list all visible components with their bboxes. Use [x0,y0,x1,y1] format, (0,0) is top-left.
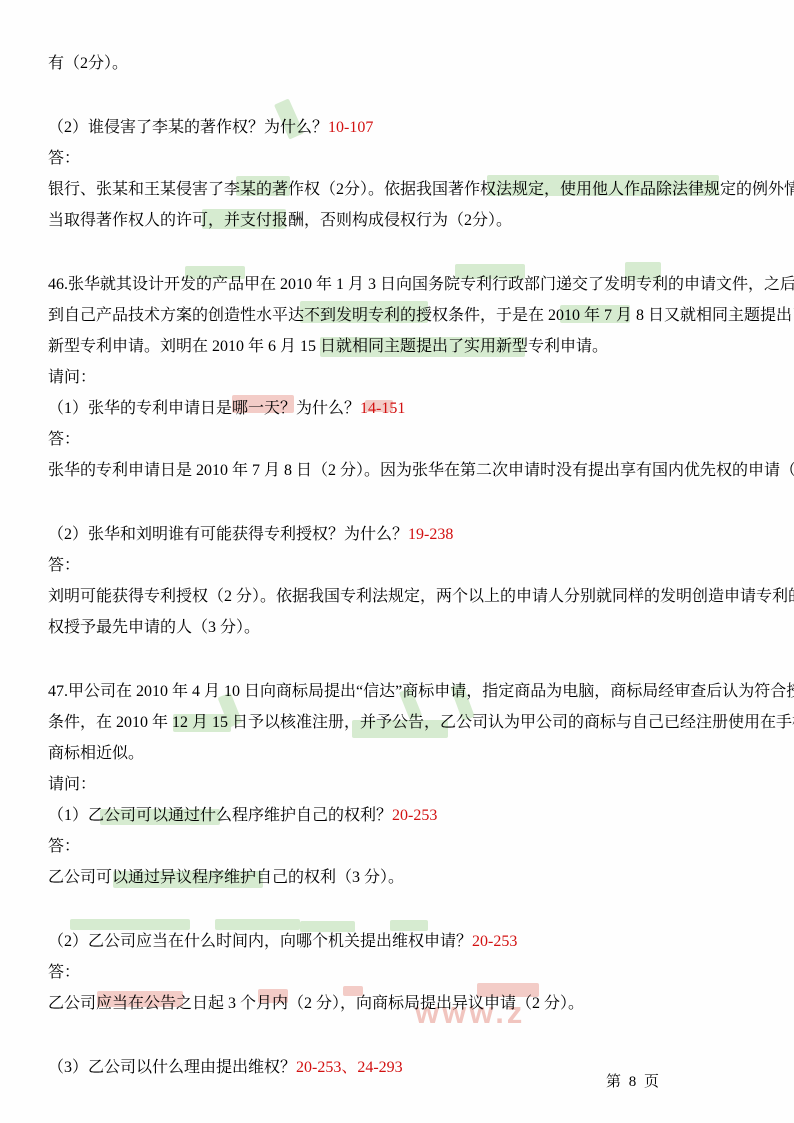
text-segment: （2）张华和刘明谁有可能获得专利授权？为什么？ [48,526,408,543]
text-segment: 乙公司应当在公告之日起 3 个月内（2 分），向商标局提出异议申请（2 分）。 [48,995,584,1012]
text-segment: 答： [48,431,80,448]
text-segment: 请问： [48,776,96,793]
text-segment: 47.甲公司在 2010 年 4 月 10 日向商标局提出“信达”商标申请，指定… [48,683,794,700]
text-line: 答： [48,957,747,988]
text-segment: 当取得著作权人的许可，并支付报酬，否则构成侵权行为（2分）。 [48,212,512,229]
page-number: 第 8 页 [606,1070,661,1091]
text-segment: 请问： [48,369,96,386]
text-segment: 条件，在 2010 年 12 月 15 日予以核准注册，并予公告，乙公司认为甲公… [48,714,794,731]
text-line: 权授予最先申请的人（3 分）。 [48,612,747,643]
text-segment: （2）谁侵害了李某的著作权？为什么？ [48,119,328,136]
reference-code: 14-151 [360,400,405,417]
text-segment: 答： [48,557,80,574]
text-line: 条件，在 2010 年 12 月 15 日予以核准注册，并予公告，乙公司认为甲公… [48,707,747,738]
text-segment: （3）乙公司以什么理由提出维权？ [48,1059,296,1076]
text-segment: 权授予最先申请的人（3 分）。 [48,619,260,636]
text-line: 刘明可能获得专利授权（2 分）。依据我国专利法规定，两个以上的申请人分别就同样的… [48,581,747,612]
text-line: 请问： [48,362,747,393]
text-segment: （2）乙公司应当在什么时间内，向哪个机关提出维权申请？ [48,933,472,950]
text-line: （2）乙公司应当在什么时间内，向哪个机关提出维权申请？20-253 [48,926,747,957]
reference-code: 19-238 [408,526,453,543]
text-line: 请问： [48,769,747,800]
text-line: 新型专利申请。刘明在 2010 年 6 月 15 日就相同主题提出了实用新型专利… [48,331,747,362]
text-line: （2）张华和刘明谁有可能获得专利授权？为什么？19-238 [48,519,747,550]
text-line: 答： [48,424,747,455]
text-line: 当取得著作权人的许可，并支付报酬，否则构成侵权行为（2分）。 [48,205,747,236]
reference-code: 20-253 [392,807,437,824]
text-line: 答： [48,831,747,862]
text-line: 有（2分）。 [48,48,747,79]
text-line: （2）谁侵害了李某的著作权？为什么？10-107 [48,112,747,143]
text-line: （1）乙公司可以通过什么程序维护自己的权利？20-253 [48,800,747,831]
text-segment: （1）张华的专利申请日是哪一天？为什么？ [48,400,360,417]
reference-code: 10-107 [328,119,373,136]
text-segment: 刘明可能获得专利授权（2 分）。依据我国专利法规定，两个以上的申请人分别就同样的… [48,588,794,605]
text-segment: （1）乙公司可以通过什么程序维护自己的权利？ [48,807,392,824]
text-segment: 46.张华就其设计开发的产品甲在 2010 年 1 月 3 日向国务院专利行政部… [48,276,794,293]
text-segment: 答： [48,964,80,981]
text-segment: 新型专利申请。刘明在 2010 年 6 月 15 日就相同主题提出了实用新型专利… [48,338,608,355]
text-line: 乙公司应当在公告之日起 3 个月内（2 分），向商标局提出异议申请（2 分）。 [48,988,747,1019]
text-segment: 张华的专利申请日是 2010 年 7 月 8 日（2 分）。因为张华在第二次申请… [48,462,794,479]
text-line: 到自己产品技术方案的创造性水平达不到发明专利的授权条件，于是在 2010 年 7… [48,300,747,331]
text-segment: 乙公司可以通过异议程序维护自己的权利（3 分）。 [48,869,404,886]
text-line: 46.张华就其设计开发的产品甲在 2010 年 1 月 3 日向国务院专利行政部… [48,269,747,300]
text-line: 乙公司可以通过异议程序维护自己的权利（3 分）。 [48,862,747,893]
text-segment: 有（2分）。 [48,55,128,72]
text-line: 47.甲公司在 2010 年 4 月 10 日向商标局提出“信达”商标申请，指定… [48,676,747,707]
reference-code: 20-253 [472,933,517,950]
text-line: （1）张华的专利申请日是哪一天？为什么？14-151 [48,393,747,424]
text-line: 张华的专利申请日是 2010 年 7 月 8 日（2 分）。因为张华在第二次申请… [48,455,747,486]
text-segment: 商标相近似。 [48,745,144,762]
text-line: 商标相近似。 [48,738,747,769]
text-line: 答： [48,143,747,174]
text-segment: 答： [48,838,80,855]
text-segment: 答： [48,150,80,167]
text-segment: 银行、张某和王某侵害了李某的著作权（2分）。依据我国著作权法规定，使用他人作品除… [48,181,794,198]
text-line: 答： [48,550,747,581]
text-segment: 到自己产品技术方案的创造性水平达不到发明专利的授权条件，于是在 2010 年 7… [48,307,794,324]
text-line: 银行、张某和王某侵害了李某的著作权（2分）。依据我国著作权法规定，使用他人作品除… [48,174,747,205]
reference-code: 20-253、24-293 [296,1059,403,1076]
document-lines: 有（2分）。（2）谁侵害了李某的著作权？为什么？10-107答：银行、张某和王某… [48,48,747,1083]
